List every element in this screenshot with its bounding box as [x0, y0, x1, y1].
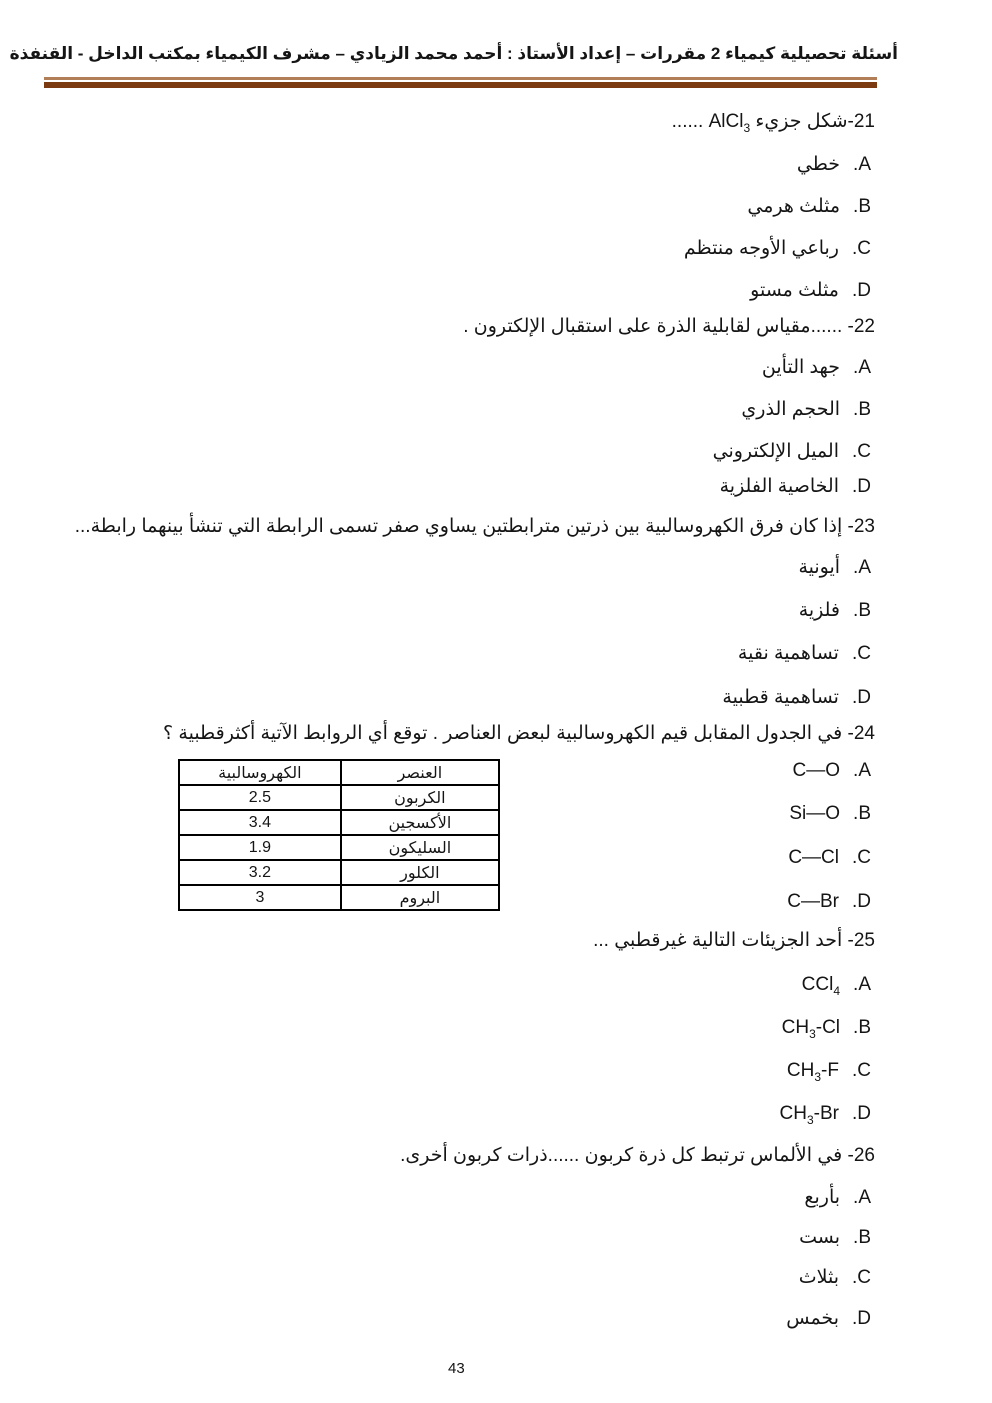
table-cell-element: البروم — [341, 885, 499, 910]
option-letter: C. — [852, 847, 871, 868]
option-letter: D. — [852, 687, 871, 708]
option-letter: B. — [853, 600, 871, 621]
question-21-option-d: D.مثلث مستو — [750, 276, 871, 306]
option-text: الحجم الذري — [741, 399, 840, 420]
formula-subscript: 3 — [807, 1113, 814, 1127]
question-21-option-a: A.خطي — [797, 150, 871, 180]
question-21: 21-شكل جزيء AlCl3 ...... — [672, 107, 875, 137]
option-letter: C. — [852, 238, 871, 259]
question-number: 24- — [848, 723, 875, 744]
option-letter: D. — [852, 891, 871, 912]
question-26-option-a: A.بأربع — [804, 1183, 871, 1213]
formula-pre: CH — [780, 1103, 807, 1124]
header-rule-light — [44, 77, 877, 80]
option-letter: C. — [852, 1267, 871, 1288]
formula-post: -Cl — [816, 1017, 840, 1038]
option-letter: A. — [853, 760, 871, 781]
electronegativity-table: العنصر الكهروسالبية الكربون 2.5 الأكسجين… — [178, 759, 500, 911]
question-26-option-b: B.بست — [799, 1223, 871, 1253]
table-cell-value: 3 — [179, 885, 341, 910]
option-text: بأربع — [804, 1187, 840, 1208]
option-letter: C. — [852, 643, 871, 664]
question-text: أحد الجزيئات التالية غيرقطبي ... — [593, 930, 847, 951]
header-rule-dark — [44, 82, 877, 88]
option-letter: B. — [853, 803, 871, 824]
table-row: الأكسجين 3.4 — [179, 810, 499, 835]
question-22-option-b: B.الحجم الذري — [741, 395, 871, 425]
option-text: مثلث هرمي — [747, 196, 840, 217]
formula-pre: Si—O — [789, 803, 840, 824]
question-26-option-d: D.بخمس — [786, 1304, 871, 1334]
option-text: الخاصية الفلزية — [720, 476, 839, 497]
formula-pre: CH — [787, 1060, 814, 1081]
option-letter: B. — [853, 1017, 871, 1038]
table-row: الكربون 2.5 — [179, 785, 499, 810]
question-24: 24- في الجدول المقابل قيم الكهروسالبية ل… — [163, 719, 875, 749]
question-23-option-a: A.أيونية — [798, 553, 871, 583]
formula-subscript: 4 — [833, 984, 840, 998]
option-text: بخمس — [786, 1308, 839, 1329]
option-letter: C. — [852, 441, 871, 462]
option-letter: C. — [852, 1060, 871, 1081]
formula-post: -F — [821, 1060, 839, 1081]
question-text-tail: ...... — [672, 111, 709, 132]
question-text: شكل جزيء — [750, 111, 847, 132]
question-24-option-a: A.C—O — [793, 756, 871, 786]
option-letter: A. — [853, 557, 871, 578]
formula-pre: CCl — [802, 974, 834, 995]
question-21-option-b: B.مثلث هرمي — [747, 192, 871, 222]
question-25-option-c: C.CH3-F — [787, 1056, 871, 1086]
table-cell-value: 3.4 — [179, 810, 341, 835]
option-text: بثلاث — [799, 1267, 839, 1288]
question-22-option-c: C.الميل الإلكتروني — [713, 437, 871, 467]
question-24-option-c: C.C—Cl — [788, 843, 871, 873]
question-number: 25- — [848, 930, 875, 951]
option-letter: A. — [853, 974, 871, 995]
option-text: خطي — [797, 154, 840, 175]
table-cell-value: 2.5 — [179, 785, 341, 810]
question-23: 23- إذا كان فرق الكهروسالبية بين ذرتين م… — [75, 512, 875, 542]
formula-pre: AlCl — [709, 111, 744, 132]
question-26: 26- في الألماس ترتبط كل ذرة كربون ......… — [400, 1141, 875, 1171]
table-cell-element: الكربون — [341, 785, 499, 810]
option-text: أيونية — [798, 557, 840, 578]
option-text: مثلث مستو — [750, 280, 839, 301]
question-number: 26- — [848, 1145, 875, 1166]
question-24-option-d: D.C—Br — [787, 887, 871, 917]
formula-post: -Br — [814, 1103, 839, 1124]
exam-page: أسئلة تحصيلية كيمياء 2 مقررات – إعداد ال… — [0, 0, 992, 1403]
question-text: في الألماس ترتبط كل ذرة كربون ......ذرات… — [400, 1145, 847, 1166]
question-23-option-d: D.تساهمية قطبية — [722, 683, 871, 713]
table-cell-value: 1.9 — [179, 835, 341, 860]
option-letter: A. — [853, 357, 871, 378]
question-text: ......مقياس لقابلية الذرة على استقبال ال… — [463, 316, 847, 337]
table-cell-element: الأكسجين — [341, 810, 499, 835]
formula-subscript: 3 — [809, 1027, 816, 1041]
formula-pre: CH — [782, 1017, 809, 1038]
question-25: 25- أحد الجزيئات التالية غيرقطبي ... — [593, 926, 875, 956]
question-number: 23- — [848, 516, 875, 537]
question-number: 21- — [848, 111, 875, 132]
option-text: جهد التأين — [762, 357, 840, 378]
option-text: الميل الإلكتروني — [713, 441, 839, 462]
page-number: 43 — [448, 1354, 465, 1384]
option-letter: D. — [852, 280, 871, 301]
question-25-option-d: D.CH3-Br — [780, 1099, 871, 1129]
table-header-row: العنصر الكهروسالبية — [179, 760, 499, 785]
question-22: 22- ......مقياس لقابلية الذرة على استقبا… — [463, 312, 875, 342]
option-letter: B. — [853, 196, 871, 217]
table-header-element: العنصر — [341, 760, 499, 785]
option-letter: A. — [853, 154, 871, 175]
question-23-option-b: B.فلزية — [799, 596, 871, 626]
table-cell-element: الكلور — [341, 860, 499, 885]
formula-pre: C—O — [793, 760, 841, 781]
question-number: 22- — [848, 316, 875, 337]
option-text: فلزية — [799, 600, 840, 621]
question-25-option-b: B.CH3-Cl — [782, 1013, 871, 1043]
option-letter: D. — [852, 1103, 871, 1124]
question-26-option-c: C.بثلاث — [799, 1263, 871, 1293]
table-row: الكلور 3.2 — [179, 860, 499, 885]
table-row: السليكون 1.9 — [179, 835, 499, 860]
question-21-option-c: C.رباعي الأوجه منتظم — [684, 234, 871, 264]
question-22-option-d: D.الخاصية الفلزية — [720, 472, 871, 502]
question-24-option-b: B.Si—O — [789, 799, 871, 829]
formula-pre: C—Br — [787, 891, 839, 912]
table-cell-value: 3.2 — [179, 860, 341, 885]
table-header-electronegativity: الكهروسالبية — [179, 760, 341, 785]
option-text: تساهمية نقية — [738, 643, 839, 664]
option-text: تساهمية قطبية — [722, 687, 839, 708]
option-text: رباعي الأوجه منتظم — [684, 238, 839, 259]
question-text: إذا كان فرق الكهروسالبية بين ذرتين متراب… — [75, 516, 848, 537]
question-22-option-a: A.جهد التأين — [762, 353, 871, 383]
page-header-title: أسئلة تحصيلية كيمياء 2 مقررات – إعداد ال… — [40, 44, 898, 64]
formula-pre: C—Cl — [788, 847, 839, 868]
table-row: البروم 3 — [179, 885, 499, 910]
option-letter: D. — [852, 1308, 871, 1329]
table-cell-element: السليكون — [341, 835, 499, 860]
option-letter: D. — [852, 476, 871, 497]
option-text: بست — [799, 1227, 840, 1248]
question-23-option-c: C.تساهمية نقية — [738, 639, 871, 669]
option-letter: B. — [853, 1227, 871, 1248]
option-letter: A. — [853, 1187, 871, 1208]
option-letter: B. — [853, 399, 871, 420]
question-text: في الجدول المقابل قيم الكهروسالبية لبعض … — [163, 723, 848, 744]
question-25-option-a: A.CCl4 — [802, 970, 871, 1000]
